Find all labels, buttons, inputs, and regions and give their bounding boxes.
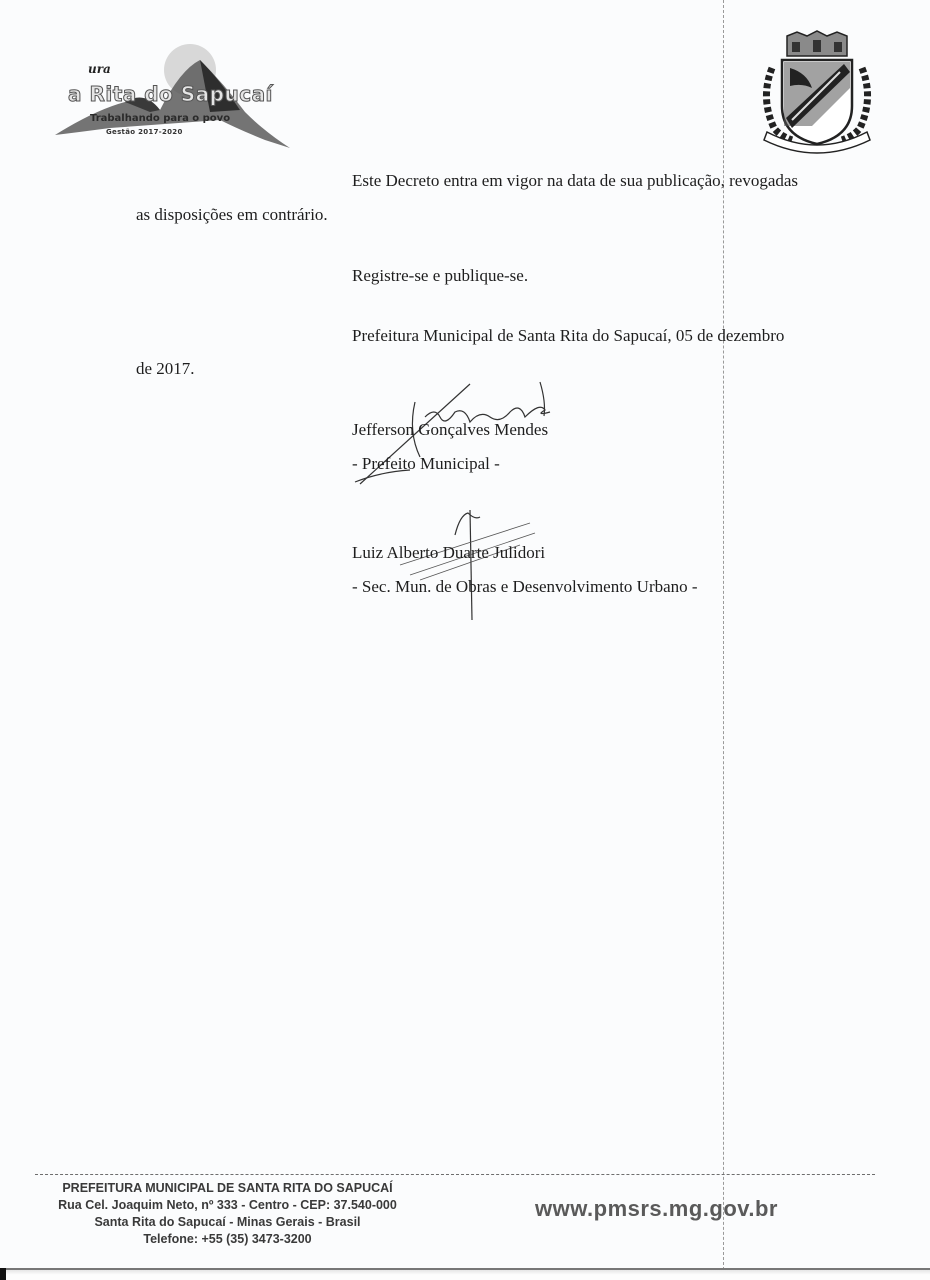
paragraph-2: Registre-se e publique-se.: [352, 266, 528, 286]
signature-secretary-icon: [380, 505, 560, 625]
footer-website: www.pmsrs.mg.gov.br: [535, 1196, 778, 1222]
coat-of-arms: [752, 28, 882, 156]
scan-bottom-edge: [0, 1268, 930, 1280]
footer-address-block: PREFEITURA MUNICIPAL DE SANTA RITA DO SA…: [30, 1180, 425, 1248]
signatory-1-role: - Prefeito Municipal -: [352, 454, 500, 474]
footer-address: Rua Cel. Joaquim Neto, nº 333 - Centro -…: [30, 1197, 425, 1214]
scan-fold-line: [723, 0, 724, 1280]
footer-divider: [35, 1174, 875, 1175]
paragraph-3-line-2: de 2017.: [136, 359, 195, 379]
municipal-logo: ura a Rita do Sapucaí Trabalhando para o…: [50, 40, 300, 155]
footer-org: PREFEITURA MUNICIPAL DE SANTA RITA DO SA…: [30, 1180, 425, 1197]
logo-prefix-text: ura: [88, 62, 111, 76]
signatory-2-name: Luiz Alberto Duarte Julidori: [352, 543, 545, 563]
logo-slogan-text: Trabalhando para o povo: [90, 113, 230, 124]
signatory-1-name: Jefferson Gonçalves Mendes: [352, 420, 548, 440]
paragraph-1-line-2: as disposições em contrário.: [136, 205, 328, 225]
paragraph-3-line-1: Prefeitura Municipal de Santa Rita do Sa…: [352, 326, 784, 346]
footer-city: Santa Rita do Sapucaí - Minas Gerais - B…: [30, 1214, 425, 1231]
paragraph-1-line-1: Este Decreto entra em vigor na data de s…: [352, 171, 798, 191]
signatory-2-role: - Sec. Mun. de Obras e Desenvolvimento U…: [352, 577, 698, 597]
scan-corner-mark: [0, 1268, 6, 1280]
logo-title-text: a Rita do Sapucaí: [68, 82, 273, 106]
coat-of-arms-icon: [752, 28, 882, 156]
footer-phone: Telefone: +55 (35) 3473-3200: [30, 1231, 425, 1248]
logo-term-text: Gestão 2017-2020: [106, 128, 183, 136]
